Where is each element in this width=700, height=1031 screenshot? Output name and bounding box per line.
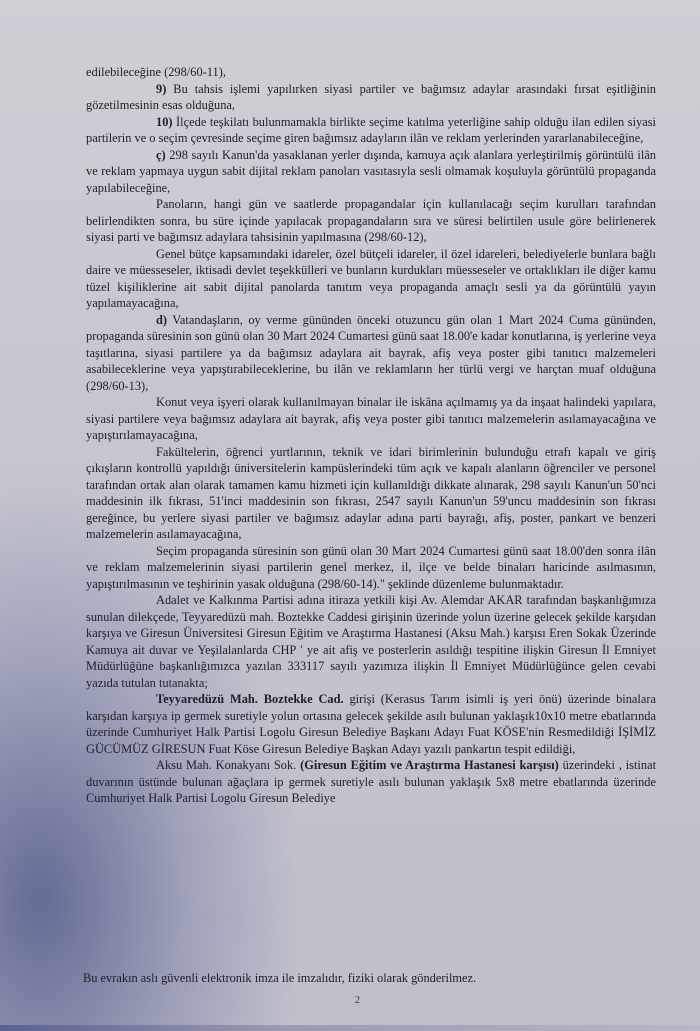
- text-run: Seçim propaganda süresinin son günü olan…: [86, 544, 656, 591]
- document-paragraph: d) Vatandaşların, oy verme gününden önce…: [86, 312, 656, 395]
- text-run: 298 sayılı Kanun'da yasaklanan yerler dı…: [86, 148, 656, 195]
- document-body: edilebileceğine (298/60-11),9) Bu tahsis…: [86, 64, 656, 807]
- bold-text-run: ç): [156, 148, 166, 162]
- document-paragraph: 10) İlçede teşkilatı bulunmamakla birlik…: [86, 114, 656, 147]
- bold-text-run: Teyyaredüzü Mah. Boztekke Cad.: [156, 692, 344, 706]
- bold-text-run: 10): [156, 115, 173, 129]
- text-run: Fakültelerin, öğrenci yurtlarının, tekni…: [86, 445, 656, 542]
- document-paragraph: ç) 298 sayılı Kanun'da yasaklanan yerler…: [86, 147, 656, 197]
- document-paragraph: Adalet ve Kalkınma Partisi adına itiraza…: [86, 592, 656, 691]
- document-paragraph: edilebileceğine (298/60-11),: [86, 64, 656, 81]
- text-run: Vatandaşların, oy verme gününden önceki …: [86, 313, 656, 393]
- text-run: Konut veya işyeri olarak kullanılmayan b…: [86, 395, 656, 442]
- document-paragraph: Konut veya işyeri olarak kullanılmayan b…: [86, 394, 656, 444]
- scan-edge-shadow: [0, 1025, 700, 1031]
- text-run: Genel bütçe kapsamındaki idareler, özel …: [86, 247, 656, 311]
- document-paragraph: Fakültelerin, öğrenci yurtlarının, tekni…: [86, 444, 656, 543]
- text-run: edilebileceğine (298/60-11),: [86, 65, 226, 79]
- bold-text-run: d): [156, 313, 167, 327]
- document-paragraph: 9) Bu tahsis işlemi yapılırken siyasi pa…: [86, 81, 656, 114]
- text-run: Bu tahsis işlemi yapılırken siyasi parti…: [86, 82, 656, 113]
- e-signature-footer-note: Bu evrakın aslı güvenli elektronik imza …: [83, 971, 476, 986]
- document-paragraph: Aksu Mah. Konakyanı Sok. (Giresun Eğitim…: [86, 757, 656, 807]
- document-paragraph: Panoların, hangi gün ve saatlerde propag…: [86, 196, 656, 246]
- bold-text-run: (Giresun Eğitim ve Araştırma Hastanesi k…: [300, 758, 559, 772]
- text-run: Adalet ve Kalkınma Partisi adına itiraza…: [86, 593, 656, 690]
- text-run: Panoların, hangi gün ve saatlerde propag…: [86, 197, 656, 244]
- page-number: 2: [355, 995, 360, 1006]
- document-paragraph: Teyyaredüzü Mah. Boztekke Cad. girişi (K…: [86, 691, 656, 757]
- document-paragraph: Genel bütçe kapsamındaki idareler, özel …: [86, 246, 656, 312]
- text-run: Aksu Mah. Konakyanı Sok.: [156, 758, 300, 772]
- document-paragraph: Seçim propaganda süresinin son günü olan…: [86, 543, 656, 593]
- bold-text-run: 9): [156, 82, 166, 96]
